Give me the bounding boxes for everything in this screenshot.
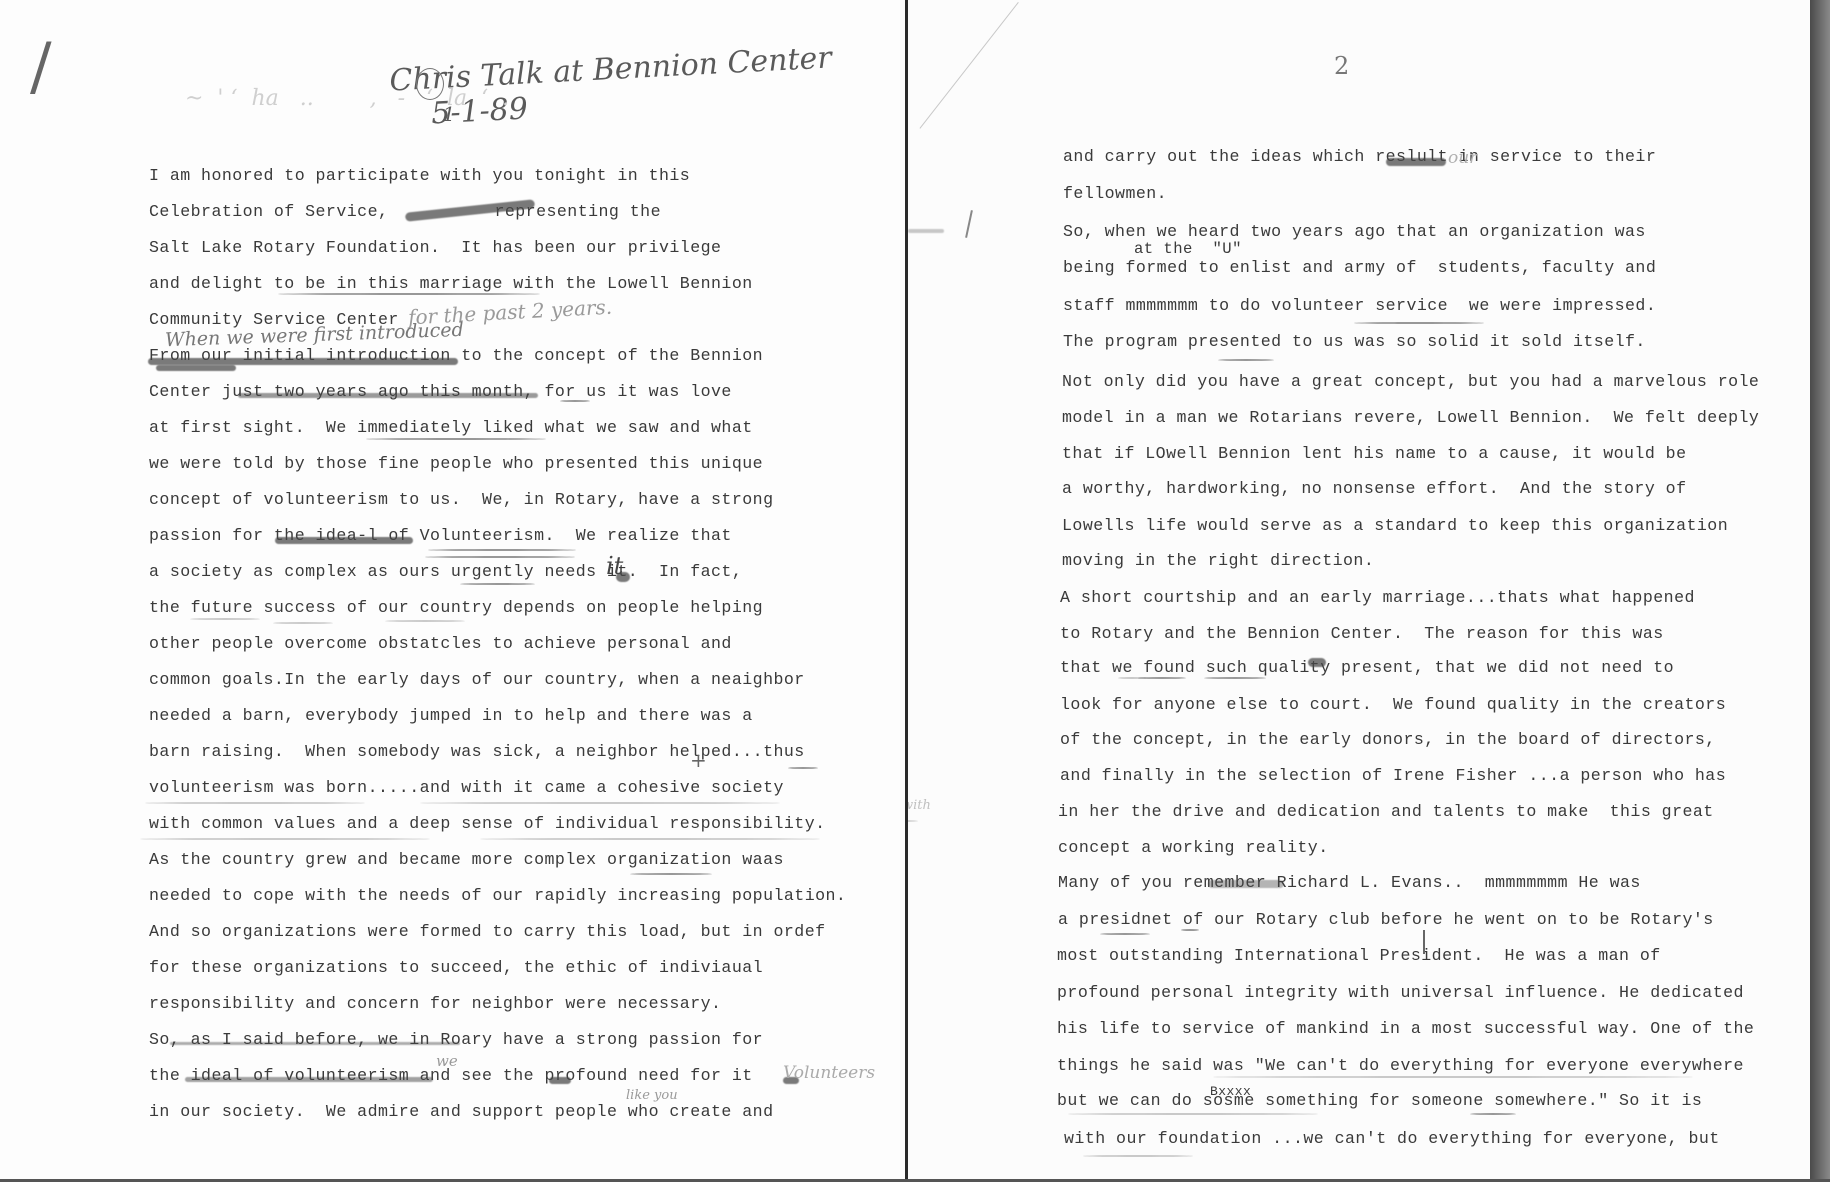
text-line: concept of volunteerism to us. We, in Ro… <box>149 490 773 510</box>
text-line: Salt Lake Rotary Foundation. It has been… <box>149 238 721 258</box>
text-line: So, as I said before, we in Roary have a… <box>149 1030 763 1050</box>
text-line: responsibility and concern for neighbor … <box>149 994 721 1014</box>
text-line: needed to cope with the needs of our rap… <box>149 886 846 906</box>
underline <box>788 767 818 769</box>
text-line: a presidnet of our Rotary club before he… <box>1058 910 1714 930</box>
text-line: to Rotary and the Bennion Center. The re… <box>1060 624 1664 644</box>
text-line: fellowmen. <box>1063 184 1167 204</box>
text-line: with common values and a deep sense of i… <box>149 814 826 834</box>
underline <box>1068 1113 1318 1115</box>
text-line: in her the drive and dedication and tale… <box>1058 802 1714 822</box>
text-line: other people overcome obstatcles to achi… <box>149 634 732 654</box>
strikethrough-scribble <box>275 537 413 544</box>
text-line: with our foundation ...we can't do every… <box>1064 1129 1720 1149</box>
text-line: we were told by those fine people who pr… <box>149 454 763 474</box>
underline <box>1083 1155 1193 1157</box>
text-line: most outstanding International President… <box>1057 946 1661 966</box>
strikethrough-scribble <box>1308 658 1326 667</box>
text-line: in our society. We admire and support pe… <box>149 1102 773 1122</box>
text-line: look for anyone else to court. We found … <box>1060 695 1726 715</box>
handwritten-insert: our <box>1448 148 1477 168</box>
left-page: Chris Talk at Bennion Center 5-1-89 / 1 … <box>0 0 905 1179</box>
underline <box>560 400 590 402</box>
text-line: A short courtship and an early marriage.… <box>1060 588 1695 608</box>
faint-erased-notes: ~ ' ‘ ha .. , - ‘ la ‘ . <box>185 86 509 111</box>
text-line: staff mmmmmmm to do volunteer service we… <box>1063 296 1656 316</box>
handwritten-insert: we <box>436 1052 458 1070</box>
text-line: common goals.In the early days of our co… <box>149 670 805 690</box>
underline <box>1100 933 1150 935</box>
text-line: Not only did you have a great concept, b… <box>1062 372 1759 392</box>
fold-crease <box>919 2 1018 129</box>
underline <box>1470 1113 1516 1115</box>
underline <box>1204 677 1266 679</box>
strikethrough-scribble <box>1208 880 1284 888</box>
text-line: the future success of our country depend… <box>149 598 763 618</box>
text-line: needed a barn, everybody jumped in to he… <box>149 706 753 726</box>
text-line: that if LOwell Bennion lent his name to … <box>1062 444 1686 464</box>
text-line: Center just two years ago this month, fo… <box>149 382 732 402</box>
underline <box>428 549 576 551</box>
strikethrough-scribble <box>908 229 944 233</box>
underline <box>460 583 535 585</box>
text-line: The program presented to us was so solid… <box>1063 332 1646 352</box>
handwritten-stroke-w <box>965 210 973 238</box>
underline <box>425 556 575 558</box>
page-mark-slash: / <box>30 30 52 104</box>
handwritten-margin-note: with <box>908 798 931 813</box>
text-line: at first sight. We immediately liked wha… <box>149 418 753 438</box>
scanner-edge <box>1810 0 1830 1182</box>
text-line: and finally in the selection of Irene Fi… <box>1060 766 1726 786</box>
underline <box>273 622 333 624</box>
underline <box>145 802 365 804</box>
underline <box>278 293 540 295</box>
text-line: his life to service of mankind in a most… <box>1057 1019 1754 1039</box>
text-line: a society as complex as ours urgently ne… <box>149 562 742 582</box>
text-line: moving in the right direction. <box>1062 551 1374 571</box>
text-line: being formed to enlist and army of stude… <box>1063 258 1656 278</box>
strikethrough-scribble <box>549 1077 571 1084</box>
text-line: profound personal integrity with univers… <box>1057 983 1744 1003</box>
strikethrough-scribble <box>238 393 538 398</box>
page-number: 2 <box>1334 52 1349 80</box>
underline <box>1138 677 1186 679</box>
handwritten-stroke <box>1423 930 1425 954</box>
strikethrough-scribble <box>185 1077 433 1082</box>
underline <box>1354 322 1484 324</box>
text-line: As the country grew and became more comp… <box>149 850 784 870</box>
underline <box>480 838 820 840</box>
text-line: and carry out the ideas which reslult in… <box>1063 147 1656 167</box>
handwritten-insert: like you <box>626 1088 678 1103</box>
underline <box>1213 1076 1693 1078</box>
text-line: but we can do sosme something for someon… <box>1057 1091 1702 1111</box>
text-line: things he said was "We can't do everythi… <box>1057 1056 1744 1076</box>
underline <box>1181 929 1199 931</box>
underline <box>630 873 712 875</box>
text-line: Many of you remember Richard L. Evans.. … <box>1058 873 1641 893</box>
underline <box>420 802 780 804</box>
text-line: and delight to be in this marriage with … <box>149 274 753 294</box>
caret-mark: + <box>690 748 707 772</box>
typed-overtype: Bxxxx <box>1210 1082 1251 1102</box>
underline <box>1218 359 1274 361</box>
text-line: model in a man we Rotarians revere, Lowe… <box>1062 408 1759 428</box>
typed-insert-at-the-u: at the "U" <box>1134 239 1242 259</box>
text-line: concept a working reality. <box>1058 838 1329 858</box>
text-line: volunteerism was born.....and with it ca… <box>149 778 784 798</box>
strikethrough-scribble <box>170 1042 460 1045</box>
text-line: Lowells life would serve as a standard t… <box>1062 516 1728 536</box>
underline <box>190 618 260 620</box>
underline <box>908 820 918 822</box>
text-line: And so organizations were formed to carr… <box>149 922 826 942</box>
text-line: for these organizations to succeed, the … <box>149 958 763 978</box>
text-line: that we found such quality present, that… <box>1060 658 1674 678</box>
underline <box>140 838 430 840</box>
strikethrough-scribble <box>156 365 236 371</box>
strikethrough-scribble <box>1386 158 1446 166</box>
handwritten-insert: it <box>606 552 623 580</box>
right-page: 2 and carry out the ideas which reslult … <box>908 0 1810 1179</box>
underline <box>366 438 546 440</box>
strikethrough-scribble <box>148 358 458 365</box>
underline <box>385 620 465 622</box>
handwritten-margin-note: Volunteers <box>783 1063 875 1083</box>
text-line: I am honored to participate with you ton… <box>149 166 690 186</box>
text-line: passion for the idea-l of Volunteerism. … <box>149 526 732 546</box>
text-line: a worthy, hardworking, no nonsense effor… <box>1062 479 1686 499</box>
text-line: of the concept, in the early donors, in … <box>1060 730 1716 750</box>
